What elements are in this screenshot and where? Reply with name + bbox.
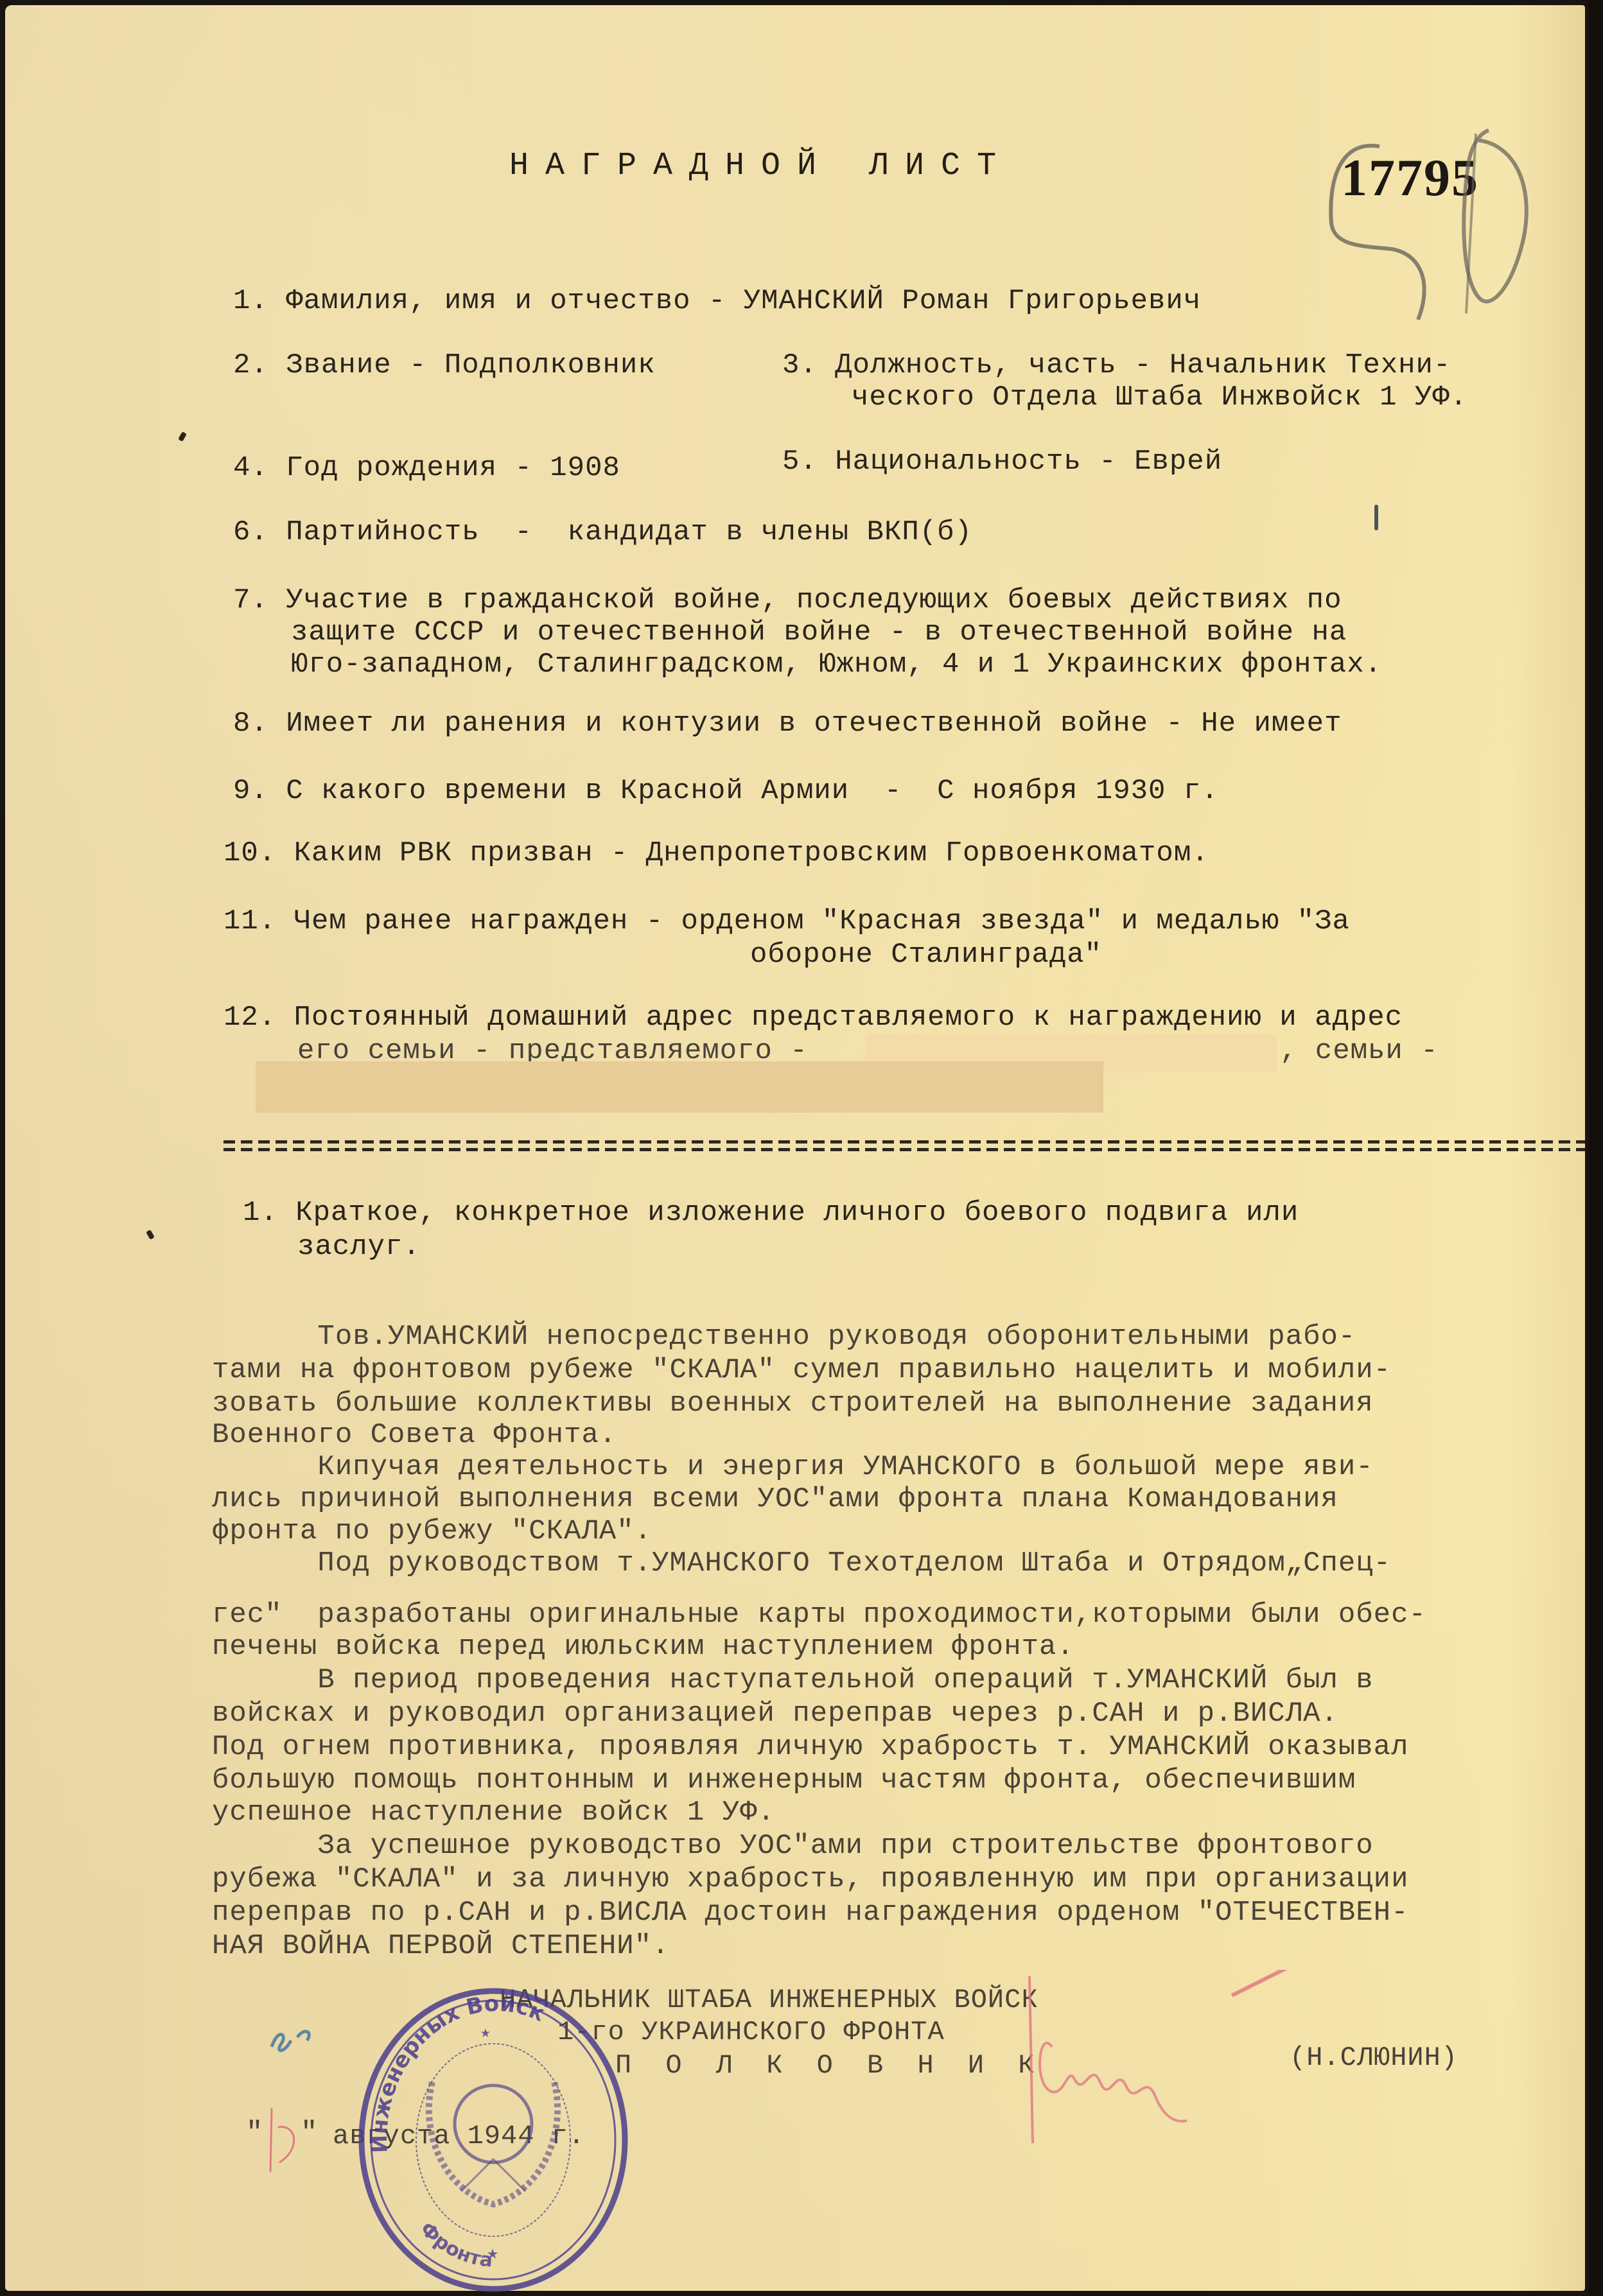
field-2-rank: 2. Звание - Подполковник xyxy=(233,347,656,384)
handwritten-signature-red xyxy=(1013,1970,1373,2150)
field-10-drafted-by: 10. Каким РВК призван - Днепропетровским… xyxy=(223,835,1209,872)
document-title: НАГРАДНОЙ ЛИСТ xyxy=(509,148,1013,184)
field-4-birth-year: 4. Год рождения - 1908 xyxy=(233,449,620,487)
field-7-service-line3: Юго-западном, Сталинградском, Южном, 4 и… xyxy=(291,646,1382,683)
svg-text:Фронта: Фронта xyxy=(416,2218,494,2272)
field-9-army-since: 9. С какого времени в Красной Армии - С … xyxy=(233,772,1219,810)
field-12-address-line1: 12. Постоянный домашний адрес представля… xyxy=(223,999,1403,1036)
date-open-quote: " xyxy=(246,2114,263,2152)
field-12-address-line2-suffix: , семьи - xyxy=(1280,1032,1439,1070)
narrative-line: успешное наступление войск 1 УФ. xyxy=(212,1794,775,1831)
handwritten-day-red xyxy=(265,2101,304,2179)
field-5-nationality: 5. Национальность - Еврей xyxy=(782,443,1222,480)
margin-mark xyxy=(1374,505,1378,530)
redacted-family-address-block xyxy=(256,1061,1103,1113)
narrative-line: рубежа "СКАЛА" и за личную храбрость, пр… xyxy=(212,1861,1409,1898)
svg-text:★: ★ xyxy=(480,2023,491,2042)
svg-text:Инженерных Войск: Инженерных Войск xyxy=(367,1991,548,2153)
blue-pencil-mark xyxy=(265,2021,323,2060)
stamp-text-top: Инженерных Войск xyxy=(367,1991,548,2153)
narrative-line: переправ по р.САН и р.ВИСЛА достоин нагр… xyxy=(212,1894,1409,1931)
narrative-line: Под огнем противника, проявляя личную хр… xyxy=(212,1728,1409,1766)
field-3-position-line2: ческого Отдела Штаба Инжвойск 1 УФ. xyxy=(852,379,1467,416)
scan-border-right xyxy=(1589,0,1603,2296)
field-8-wounds: 8. Имеет ли ранения и контузии в отечест… xyxy=(233,705,1342,742)
narrative-line: печены войска перед июльским наступление… xyxy=(212,1628,1074,1665)
section-heading-line2: заслуг. xyxy=(297,1228,421,1265)
narrative-line: войсках и руководил организацией перепра… xyxy=(212,1695,1338,1732)
margin-mark xyxy=(178,431,187,442)
narrative-line: Под руководством т.УМАНСКОГО Техотделом … xyxy=(212,1545,1391,1582)
narrative-line: Тов.УМАНСКИЙ непосредственно руководя об… xyxy=(212,1318,1356,1355)
signatory-rank: П О Л К О В Н И К xyxy=(615,2047,1043,2084)
narrative-line: В период проведения наступательной опера… xyxy=(212,1662,1374,1699)
field-1-full-name: 1. Фамилия, имя и отчество - УМАНСКИЙ Ро… xyxy=(233,283,1201,320)
pencil-handwritten-number xyxy=(1302,127,1546,320)
narrative-line: За успешное руководство УОС"ами при стро… xyxy=(212,1827,1374,1865)
section-heading-line1: 1. Краткое, конкретное изложение личного… xyxy=(243,1194,1299,1231)
award-sheet-page: НАГРАДНОЙ ЛИСТ 17795 1. Фамилия, имя и о… xyxy=(5,5,1585,2291)
official-seal-stamp-icon: Инженерных Войск Фронта ★ ★ xyxy=(349,1986,638,2294)
narrative-line: тами на фронтовом рубеже "СКАЛА" сумел п… xyxy=(212,1352,1391,1389)
narrative-line: НАЯ ВОЙНА ПЕРВОЙ СТЕПЕНИ". xyxy=(212,1927,670,1965)
date-close-quote: " xyxy=(301,2114,318,2152)
margin-mark xyxy=(146,1230,155,1240)
field-11-prior-awards-line2: обороне Сталинграда" xyxy=(750,936,1102,973)
field-11-prior-awards-line1: 11. Чем ранее награжден - орденом "Красн… xyxy=(223,903,1350,940)
svg-text:★: ★ xyxy=(487,2243,498,2265)
field-6-party: 6. Партийность - кандидат в члены ВКП(б) xyxy=(233,514,972,551)
double-dash-separator xyxy=(223,1140,1585,1154)
stamp-text-bottom: Фронта xyxy=(416,2218,494,2272)
